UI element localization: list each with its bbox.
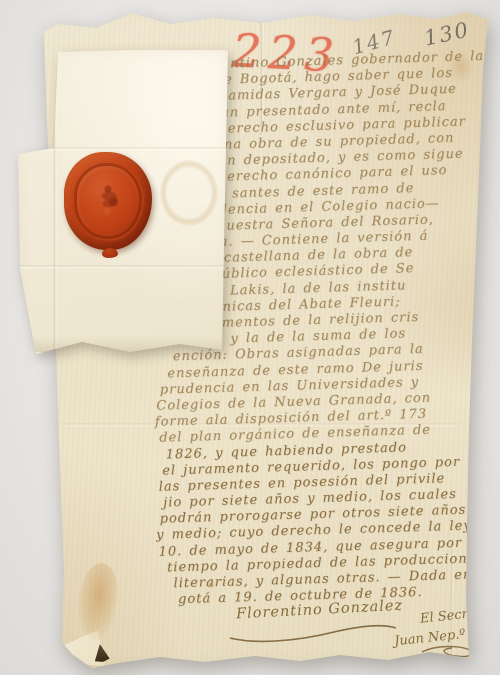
signature-flourish <box>224 620 402 644</box>
cover-paper-surface <box>12 44 234 364</box>
stain <box>73 561 122 643</box>
sealed-cover-paper <box>12 44 234 364</box>
wax-seal-drip <box>102 248 118 258</box>
archival-number-pencil: 130 <box>422 17 472 50</box>
photo-background: 223 147 130 ntino Gonzales gobernador de… <box>0 0 500 675</box>
fold-crease <box>53 52 57 352</box>
seal-ghost-stain <box>160 160 218 226</box>
signature-secretary-title: El Secret.º <box>419 604 491 626</box>
fold-crease <box>17 147 227 151</box>
fold-crease <box>18 265 224 269</box>
stain <box>206 580 216 589</box>
wax-seal <box>64 152 152 250</box>
fold-shadow <box>20 336 224 352</box>
signature-rubric-flourish <box>418 644 482 660</box>
wax-seal-emblem <box>85 176 131 227</box>
stain <box>448 50 474 84</box>
